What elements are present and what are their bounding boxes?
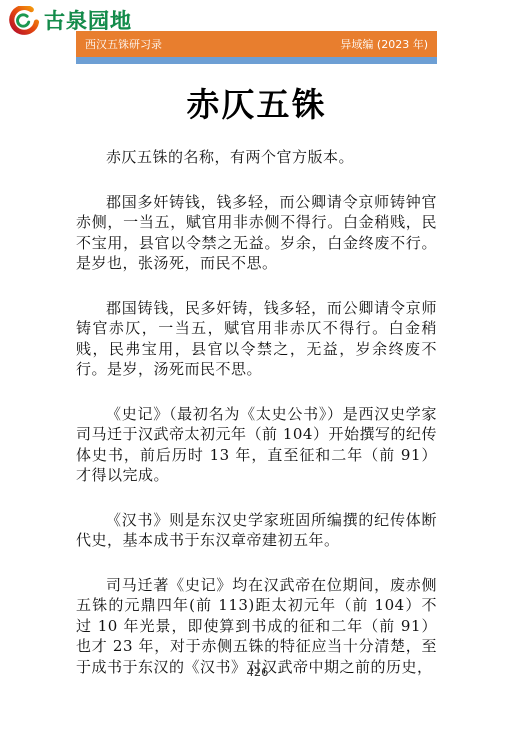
paragraph-1: 赤仄五铢的名称，有两个官方版本。 xyxy=(76,147,437,168)
paragraph-3: 郡国铸钱，民多奸铸，钱多轻，而公卿请令京师铸官赤仄，一当五，赋官用非赤仄不得行。… xyxy=(76,298,437,380)
banner-series-title: 西汉五铢研习录 xyxy=(85,36,162,52)
paragraph-5: 《汉书》则是东汉史学家班固所编撰的纪传体断代史，基本成书于东汉章帝建初五年。 xyxy=(76,510,437,551)
article: 赤仄五铢 赤仄五铢的名称，有两个官方版本。 郡国多奸铸钱，钱多轻，而公卿请令京师… xyxy=(76,64,437,701)
banner-bar: 西汉五铢研习录 异域编 (2023 年) xyxy=(76,31,437,57)
page-title: 赤仄五铢 xyxy=(76,79,437,126)
document-page: 古泉园地 西汉五铢研习录 异域编 (2023 年) 赤仄五铢 赤仄五铢的名称，有… xyxy=(0,0,515,729)
paragraph-6: 司马迁著《史记》均在汉武帝在位期间，废赤侧五铢的元鼎四年(前 113)距太初元年… xyxy=(76,575,437,678)
paragraph-4: 《史记》（最初名为《太史公书》）是西汉史学家司马迁于汉武帝太初元年（前 104）… xyxy=(76,404,437,486)
header-banner: 西汉五铢研习录 异域编 (2023 年) xyxy=(76,31,437,64)
paragraph-2: 郡国多奸铸钱，钱多轻，而公卿请令京师铸钟官赤侧，一当五，赋官用非赤侧不得行。白金… xyxy=(76,192,437,274)
page-number: 426 xyxy=(0,665,515,679)
banner-volume-title: 异域编 (2023 年) xyxy=(340,36,428,52)
banner-accent-bar xyxy=(76,57,437,64)
coin-swirl-icon xyxy=(7,6,39,35)
